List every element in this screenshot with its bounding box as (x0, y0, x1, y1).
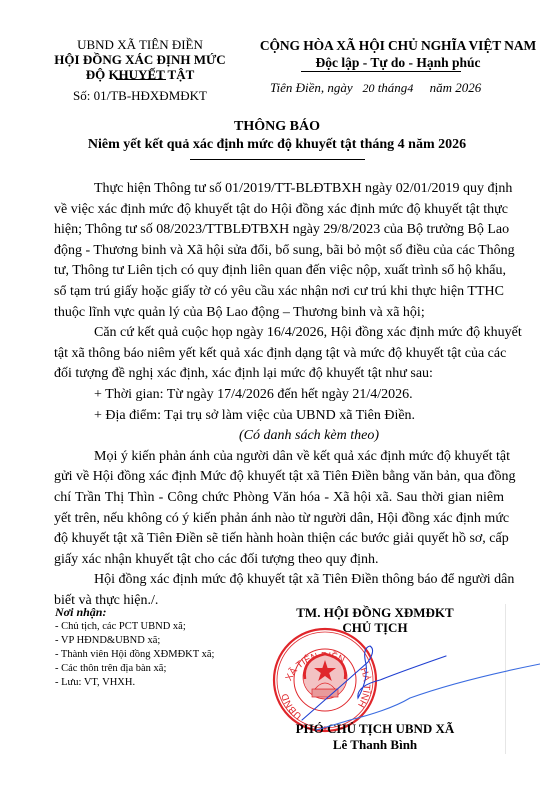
agency-name: UBND XÃ TIÊN ĐIỀN (40, 37, 240, 52)
text-line: độ khuyết tật xã Tiên Điền sẽ tiến hành … (54, 529, 504, 550)
signature-on-behalf: TM. HỘI ĐỒNG XĐMĐKT (275, 605, 475, 620)
text-line: động - Thương binh và Xã hội sửa đổi, bổ… (54, 241, 504, 262)
issuing-authority-block: UBND XÃ TIÊN ĐIỀN HỘI ĐỒNG XÁC ĐỊNH MỨC … (40, 37, 240, 103)
document-body: Thực hiện Thông tư số 01/2019/TT-BLĐTBXH… (54, 179, 504, 611)
national-header-block: CỘNG HÒA XÃ HỘI CHỦ NGHĨA VIỆT NAM Độc l… (248, 37, 548, 72)
date-line: Tiên Điền, ngày 20 tháng4 năm 2026 (270, 80, 554, 96)
council-name-line1: HỘI ĐỒNG XÁC ĐỊNH MỨC (40, 52, 240, 67)
text-line: Căn cứ kết quả cuộc họp ngày 16/4/2026, … (54, 323, 504, 344)
posting-time: + Thời gian: Từ ngày 17/4/2026 đến hết n… (54, 385, 504, 406)
text-line: chí Trần Thị Thìn - Công chức Phòng Văn … (54, 488, 504, 509)
paragraph-meeting-result: Căn cứ kết quả cuộc họp ngày 16/4/2026, … (54, 323, 504, 385)
title-underline (190, 159, 365, 160)
document-title: THÔNG BÁO (0, 119, 554, 135)
header-left-underline (116, 79, 166, 80)
recipient-item: - Thành viên Hội đồng XĐMĐKT xã; (55, 648, 214, 662)
attachment-note: (Có danh sách kèm theo) (54, 426, 504, 447)
text-line: tư, Thông tư Liên tịch có quy định liên … (54, 261, 504, 282)
motto-underline (301, 71, 461, 72)
national-motto: Độc lập - Tự do - Hạnh phúc (248, 54, 548, 71)
nation-name: CỘNG HÒA XÃ HỘI CHỦ NGHĨA VIỆT NAM (248, 37, 548, 54)
recipients-block: Nơi nhận: - Chủ tịch, các PCT UBND xã; -… (55, 605, 214, 690)
text-line: đối tượng đề nghị xác định, xác định lại… (54, 364, 504, 385)
text-line: gửi về Hội đồng xác định Mức độ khuyết t… (54, 467, 504, 488)
recipient-item: - VP HĐND&UBND xã; (55, 634, 214, 648)
recipients-heading: Nơi nhận: (55, 605, 214, 620)
date-day: 20 (362, 81, 374, 95)
recipient-item: - Chủ tịch, các PCT UBND xã; (55, 620, 214, 634)
text-line: về việc xác định mức độ khuyết tật do Hộ… (54, 200, 504, 221)
paragraph-feedback: Mọi ý kiến phản ánh của người dân về kết… (54, 447, 504, 571)
text-line: hiện; Thông tư số 08/2023/TTBLĐTBXH ngày… (54, 220, 504, 241)
text-line: tật xã thông báo niêm yết kết quả xác đị… (54, 344, 504, 365)
handwritten-signature-icon (270, 620, 540, 740)
recipient-item: - Lưu: VT, VHXH. (55, 676, 214, 690)
date-year: năm 2026 (430, 80, 482, 95)
text-line: thuộc lĩnh vực quản lý của Bộ Lao động –… (54, 303, 504, 324)
paragraph-legal-basis: Thực hiện Thông tư số 01/2019/TT-BLĐTBXH… (54, 179, 504, 323)
posting-location: + Địa điểm: Tại trụ sở làm việc của UBND… (54, 406, 504, 427)
text-line: Mọi ý kiến phản ánh của người dân về kết… (54, 447, 504, 468)
text-line: Hội đồng xác định mức độ khuyết tật xã T… (54, 570, 504, 591)
date-month: 4 (407, 81, 413, 95)
date-month-label: tháng (378, 80, 408, 95)
text-line: sổ tạm trú giấy hoặc giấy tờ có yêu cầu … (54, 282, 504, 303)
document-subtitle: Niêm yết kết quả xác định mức độ khuyết … (0, 137, 554, 153)
text-line: Thực hiện Thông tư số 01/2019/TT-BLĐTBXH… (54, 179, 504, 200)
text-line: giấy xác nhận khuyết tật cho các đối tượ… (54, 550, 504, 571)
date-place: Tiên Điền, ngày (270, 80, 353, 95)
document-number: Số: 01/TB-HĐXĐMĐKT (40, 88, 240, 103)
recipient-item: - Các thôn trên địa bàn xã; (55, 662, 214, 676)
text-line: yết trên, nếu không có ý kiến phản ánh n… (54, 509, 504, 530)
